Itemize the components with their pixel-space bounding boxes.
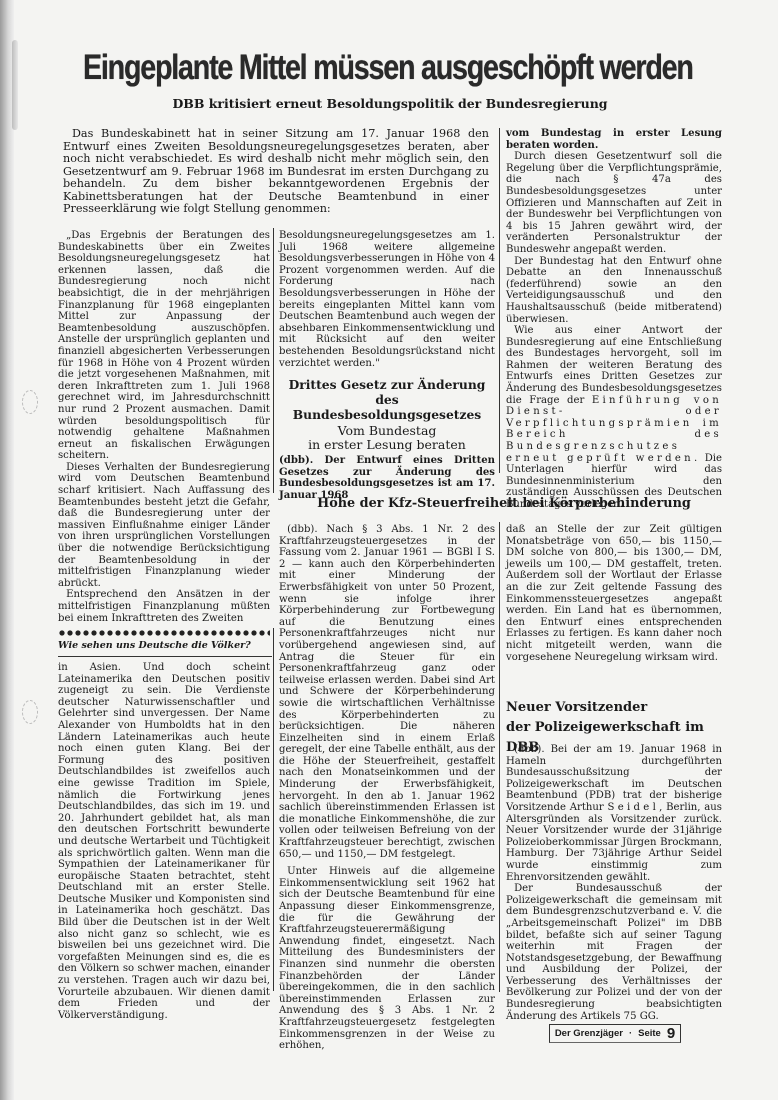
drittes-gesetz-col3: vom Bundestag in erster Lesung beraten w…	[506, 128, 722, 511]
column-divider	[499, 522, 500, 992]
column-divider	[273, 228, 274, 493]
box-rule	[58, 656, 272, 657]
kfz-col2: daß an Stelle der zur Zeit gültigen Mona…	[506, 524, 722, 663]
newspaper-page: Eingeplante Mittel müssen ausgeschöpft w…	[0, 0, 778, 1100]
kfz-col1: (dbb). Nach § 3 Abs. 1 Nr. 2 des Kraftfa…	[279, 524, 495, 1052]
dotted-separator	[58, 628, 270, 638]
publication-name: Der Grenzjäger	[555, 1028, 623, 1039]
main-article-col1: „Das Ergebnis der Beratungen des Bundesk…	[58, 230, 270, 624]
headline: Eingeplante Mittel müssen ausgeschöpft w…	[83, 48, 591, 88]
drittes-gesetz-heading: Drittes Gesetz zur Änderung des Bundesbe…	[279, 377, 495, 501]
page-footer: Der Grenzjäger · Seite 9	[549, 1024, 681, 1043]
subheadline: DBB kritisiert erneut Besoldungspolitik …	[150, 96, 630, 111]
kfz-heading: Höhe der Kfz-Steuerfreiheit bei Körperbe…	[279, 496, 729, 511]
box-title: Wie sehen uns Deutsche die Völker?	[58, 640, 251, 651]
page-number: 9	[667, 1025, 675, 1042]
sidebar-box-text: in Asien. Und doch scheint Lateinamerika…	[58, 662, 270, 1021]
main-article-col2: Besoldungsneuregelungsgesetzes am 1. Jul…	[279, 230, 495, 369]
polizei-text: (dbb). Bei der am 19. Januar 1968 in Ham…	[506, 744, 722, 1022]
column-divider	[273, 628, 274, 991]
lead-paragraph: Das Bundeskabinett hat in seiner Sitzung…	[63, 128, 489, 216]
column-divider	[499, 128, 500, 473]
page-label: Seite	[638, 1028, 661, 1039]
